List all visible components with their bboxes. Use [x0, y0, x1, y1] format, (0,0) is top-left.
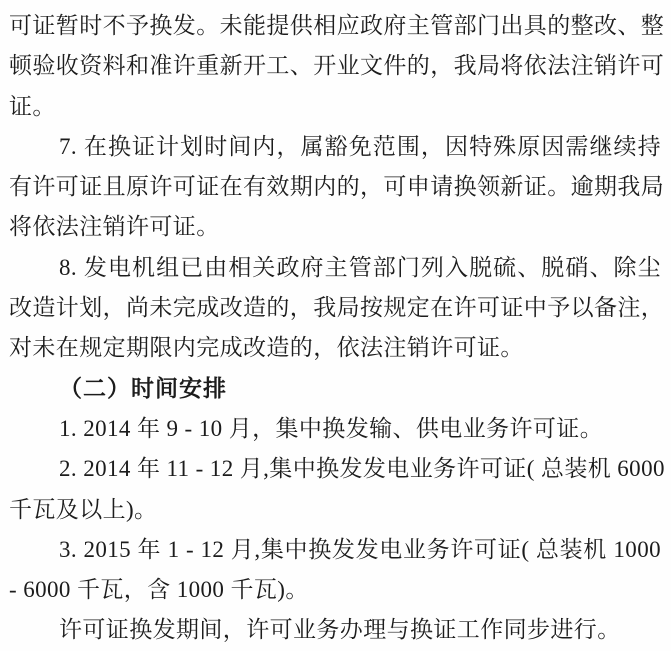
schedule-item-3: - 6000 千瓦，含 1000 千瓦)。	[9, 570, 661, 610]
schedule-item-2: 千瓦及以上)。	[9, 490, 661, 530]
closing-paragraph: 许可证换发期间，许可业务办理与换证工作同步进行。	[9, 610, 661, 650]
item-7-line: 7. 在换证计划时间内，属豁免范围，因特殊原因需继续持	[9, 127, 661, 167]
item-8-line: 对未在规定期限内完成改造的，依法注销许可证。	[9, 328, 661, 368]
section-heading-time-schedule: （二）时间安排	[9, 369, 661, 409]
item-8-line: 改造计划，尚未完成改造的，我局按规定在许可证中予以备注，	[9, 288, 661, 328]
paragraph-continuation-line: 证。	[9, 87, 661, 127]
schedule-item-3: 3. 2015 年 1 - 12 月,集中换发发电业务许可证( 总装机 1000	[9, 530, 661, 570]
document-page: 可证暂时不予换发。未能提供相应政府主管部门出具的整改、整 顿验收资料和准许重新开…	[0, 0, 671, 651]
item-7-line: 有许可证且原许可证在有效期内的，可申请换领新证。逾期我局	[9, 167, 661, 207]
schedule-item-2: 2. 2014 年 11 - 12 月,集中换发发电业务许可证( 总装机 600…	[9, 449, 661, 489]
item-7-line: 将依法注销许可证。	[9, 207, 661, 247]
paragraph-continuation-line: 顿验收资料和准许重新开工、开业文件的，我局将依法注销许可	[9, 46, 661, 86]
schedule-item-1: 1. 2014 年 9 - 10 月，集中换发输、供电业务许可证。	[9, 409, 661, 449]
item-8-line: 8. 发电机组已由相关政府主管部门列入脱硫、脱硝、除尘	[9, 248, 661, 288]
paragraph-continuation-line: 可证暂时不予换发。未能提供相应政府主管部门出具的整改、整	[9, 6, 661, 46]
